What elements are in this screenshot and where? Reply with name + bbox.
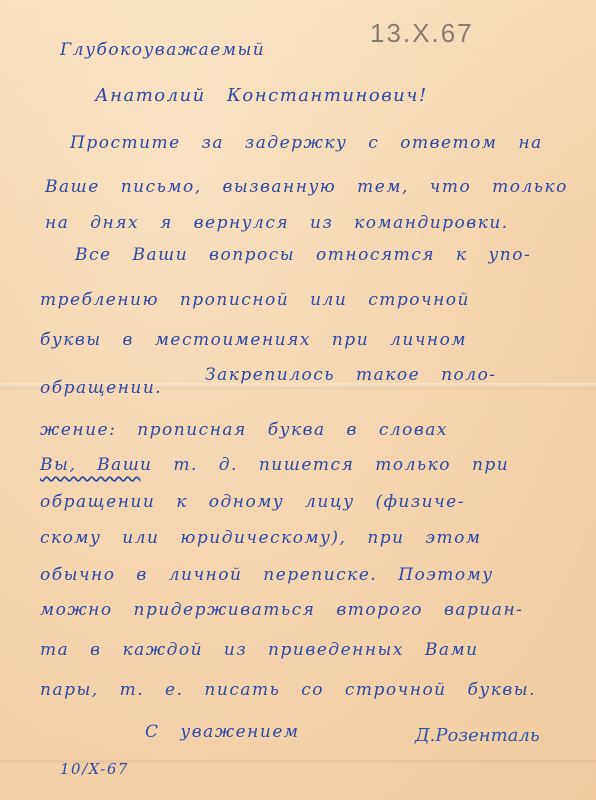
body-line-3: на днях я вернулся из командировки. (45, 213, 509, 233)
body-line-9: жение: прописная буква в словах (40, 420, 448, 440)
body-line-11: обращении к одному лицу (физиче- (40, 492, 465, 512)
archive-date-stamp: 13.X.67 (370, 18, 474, 49)
body-line-7: обращении. (40, 378, 162, 398)
letter-date: 10/X-67 (60, 760, 129, 778)
body-line-15: та в каждой из приведенных Вами (40, 640, 479, 660)
body-line-10-rest: и т. д. пишется только при (140, 455, 509, 475)
salutation-line-2: Анатолий Константинович! (95, 85, 428, 106)
body-line-8: Закрепилось такое поло- (205, 365, 497, 385)
body-line-13: обычно в личной переписке. Поэтому (40, 565, 494, 585)
body-line-4: Все Ваши вопросы относятся к упо- (75, 245, 531, 265)
body-line-10: Вы, Ваш (40, 455, 140, 475)
body-line-16: пары, т. е. писать со строчной буквы. (40, 680, 536, 700)
body-line-14: можно придерживаться второго вариан- (40, 600, 523, 620)
body-line-5: треблению прописной или строчной (40, 290, 470, 310)
salutation-line-1: Глубокоуважаемый (60, 40, 265, 60)
underlined-words: Вы, Ваш (40, 455, 140, 475)
body-line-2: Ваше письмо, вызванную тем, что только (45, 177, 568, 197)
body-line-1: Простите за задержку с ответом на (70, 133, 543, 153)
closing: С уважением (145, 722, 300, 742)
body-line-12: скому или юридическому), при этом (40, 528, 482, 548)
body-line-6: буквы в местоимениях при личном (40, 330, 467, 350)
signature: Д.Розенталь (415, 725, 540, 746)
